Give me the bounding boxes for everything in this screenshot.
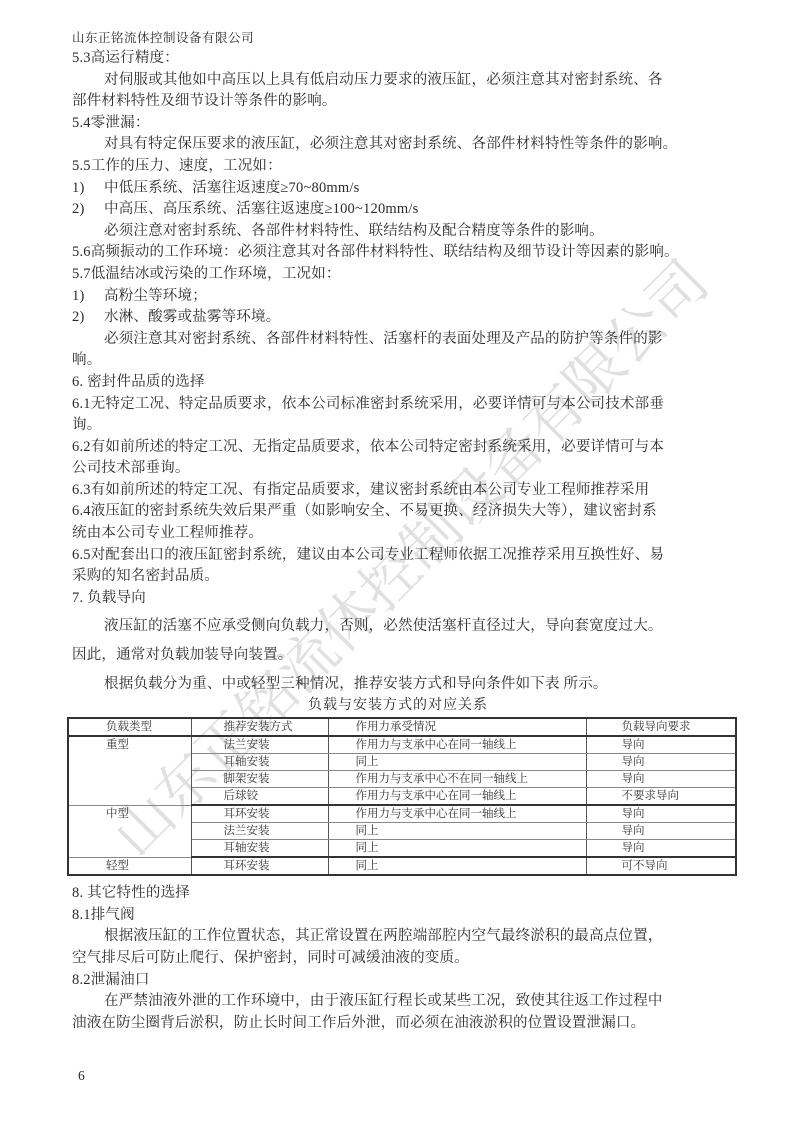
document: 山东正铭流体控制设备有限公司 5.3高运行精度：对伺服或其他如中高压以上具有低启… (0, 0, 794, 1034)
table-cell: 导向 (586, 805, 736, 823)
table-cell: 耳轴安装 (191, 840, 328, 858)
text-line: 询。 (72, 415, 724, 437)
paragraph-first-line: 根据负载分为重、中或轻型三种情况，推荐安装方式和导向条件如下表 所示。 (72, 674, 724, 696)
table-row: 中型耳环安装作用力与支承中心在同一轴线上导向 (68, 805, 736, 823)
list-item: 1)高粉尘等环境； (72, 286, 724, 308)
section-heading: 5.6高频振动的工作环境：必须注意其对各部件材料特性、联结结构及细节设计等因素的… (72, 242, 724, 264)
table-title: 负载与安装方式的对应关系 (72, 696, 724, 716)
list-text: 中低压系统、活塞往返速度≥70~80mm/s (104, 180, 359, 196)
table-header-cell: 作用力承受情况 (328, 718, 586, 736)
text-line: 油液在防尘圈背后淤积，防止长时间工作后外泄，而必须在油液淤积的位置设置泄漏口。 (72, 1013, 724, 1035)
list-item: 2)中高压、高压系统、活塞往返速度≥100~120mm/s (72, 199, 724, 221)
table-cell: 耳环安装 (191, 857, 328, 875)
paragraph-first-line: 在严禁油液外泄的工作环境中，由于液压缸行程长或某些工况，致使其往返工作过程中 (72, 991, 724, 1013)
table-cell: 导向 (586, 823, 736, 840)
table-cell: 作用力与支承中心在同一轴线上 (328, 788, 586, 806)
list-marker: 2) (72, 307, 104, 329)
section-heading: 5.4零泄漏： (72, 113, 724, 135)
section-heading: 8. 其它特性的选择 (72, 883, 724, 905)
table-cell: 不要求导向 (586, 788, 736, 806)
table-cell: 作用力与支承中心在同一轴线上 (328, 805, 586, 823)
table-cell: 导向 (586, 771, 736, 788)
text-line: 6.2有如前所述的特定工况、无指定品质要求，依本公司特定密封系统采用，必要详情可… (72, 437, 724, 459)
table-cell: 同上 (328, 857, 586, 875)
text-line: 因此，通常对负载加装导向装置。 (72, 645, 724, 667)
list-text: 水淋、酸雾或盐雾等环境。 (104, 309, 280, 325)
table-header-cell: 负载类型 (68, 718, 191, 736)
table-header-row: 负载类型推荐安装方式作用力承受情况负载导向要求 (68, 718, 736, 736)
paragraph-first-line: 液压缸的活塞不应承受侧向负载力，否则，必然使活塞杆直径过大，导向套宽度过大。 (72, 616, 724, 638)
load-install-table: 负载类型推荐安装方式作用力承受情况负载导向要求重型法兰安装作用力与支承中心在同一… (67, 717, 737, 876)
table-cell: 耳环安装 (191, 805, 328, 823)
table-cell: 导向 (586, 840, 736, 858)
paragraph-first-line: 对伺服或其他如中高压以上具有低启动压力要求的液压缸，必须注意其对密封系统、各 (72, 70, 724, 92)
table-cell: 导向 (586, 754, 736, 771)
section-heading: 7. 负载导向 (72, 588, 724, 610)
table-cell: 同上 (328, 754, 586, 771)
table-cell: 作用力与支承中心在同一轴线上 (328, 736, 586, 754)
section-heading: 6. 密封件品质的选择 (72, 372, 724, 394)
text-line: 6.4液压缸的密封系统失效后果严重（如影响安全、不易更换、经济损失大等），建议密… (72, 501, 724, 523)
paragraph-first-line: 根据液压缸的工作位置状态，其正常设置在两腔端部腔内空气最终淤积的最高点位置， (72, 926, 724, 948)
text-line: 响。 (72, 350, 724, 372)
table-cell: 法兰安装 (191, 823, 328, 840)
table-cell: 脚架安装 (191, 771, 328, 788)
text-line: 部件材料特性及细节设计等条件的影响。 (72, 91, 724, 113)
document-body: 5.3高运行精度：对伺服或其他如中高压以上具有低启动压力要求的液压缸，必须注意其… (72, 48, 724, 1034)
text-line: 6.3有如前所述的特定工况、有指定品质要求，建议密封系统由本公司专业工程师推荐采… (72, 480, 724, 502)
company-header: 山东正铭流体控制设备有限公司 (72, 30, 724, 46)
table-cell: 导向 (586, 736, 736, 754)
text-line: 6.5对配套出口的液压缸密封系统，建议由本公司专业工程师依据工况推荐采用互换性好… (72, 545, 724, 567)
table-header-cell: 推荐安装方式 (191, 718, 328, 736)
load-type-cell: 重型 (68, 736, 191, 805)
paragraph-first-line: 必须注意对密封系统、各部件材料特性、联结结构及配合精度等条件的影响。 (72, 221, 724, 243)
text-line: 空气排尽后可防止爬行、保护密封，同时可减缓油液的变质。 (72, 948, 724, 970)
list-marker: 1) (72, 178, 104, 200)
section-heading: 8.1排气阀 (72, 905, 724, 927)
table-cell: 同上 (328, 840, 586, 858)
table-cell: 可不导向 (586, 857, 736, 875)
paragraph-first-line: 必须注意其对密封系统、各部件材料特性、活塞杆的表面处理及产品的防护等条件的影 (72, 329, 724, 351)
list-text: 中高压、高压系统、活塞往返速度≥100~120mm/s (104, 201, 418, 217)
text-line: 统由本公司专业工程师推荐。 (72, 523, 724, 545)
load-type-cell: 中型 (68, 805, 191, 857)
page-number: 6 (78, 1068, 85, 1084)
section-heading: 5.5工作的压力、速度，工况如： (72, 156, 724, 178)
list-item: 2)水淋、酸雾或盐雾等环境。 (72, 307, 724, 329)
table-cell: 作用力与支承中心不在同一轴线上 (328, 771, 586, 788)
list-text: 高粉尘等环境； (104, 288, 207, 304)
text-line: 6.1无特定工况、特定品质要求，依本公司标准密封系统采用，必要详情可与本公司技术… (72, 394, 724, 416)
table-cell: 后球铰 (191, 788, 328, 806)
document-page: 山东正铭流体控制设备有限公司 山东正铭流体控制设备有限公司 5.3高运行精度：对… (0, 0, 794, 1123)
paragraph-first-line: 对具有特定保压要求的液压缸，必须注意其对密封系统、各部件材料特性等条件的影响。 (72, 134, 724, 156)
table-cell: 法兰安装 (191, 736, 328, 754)
section-heading: 5.7低温结冰或污染的工作环境，工况如： (72, 264, 724, 286)
table-row: 重型法兰安装作用力与支承中心在同一轴线上导向 (68, 736, 736, 754)
table-header-cell: 负载导向要求 (586, 718, 736, 736)
table-cell: 耳轴安装 (191, 754, 328, 771)
text-line: 公司技术部垂询。 (72, 458, 724, 480)
list-item: 1)中低压系统、活塞往返速度≥70~80mm/s (72, 178, 724, 200)
table-cell: 同上 (328, 823, 586, 840)
section-heading: 8.2泄漏油口 (72, 970, 724, 992)
load-type-cell: 轻型 (68, 857, 191, 875)
list-marker: 1) (72, 286, 104, 308)
section-heading: 5.3高运行精度： (72, 48, 724, 70)
list-marker: 2) (72, 199, 104, 221)
text-line: 采购的知名密封品质。 (72, 566, 724, 588)
table-row: 轻型耳环安装同上可不导向 (68, 857, 736, 875)
